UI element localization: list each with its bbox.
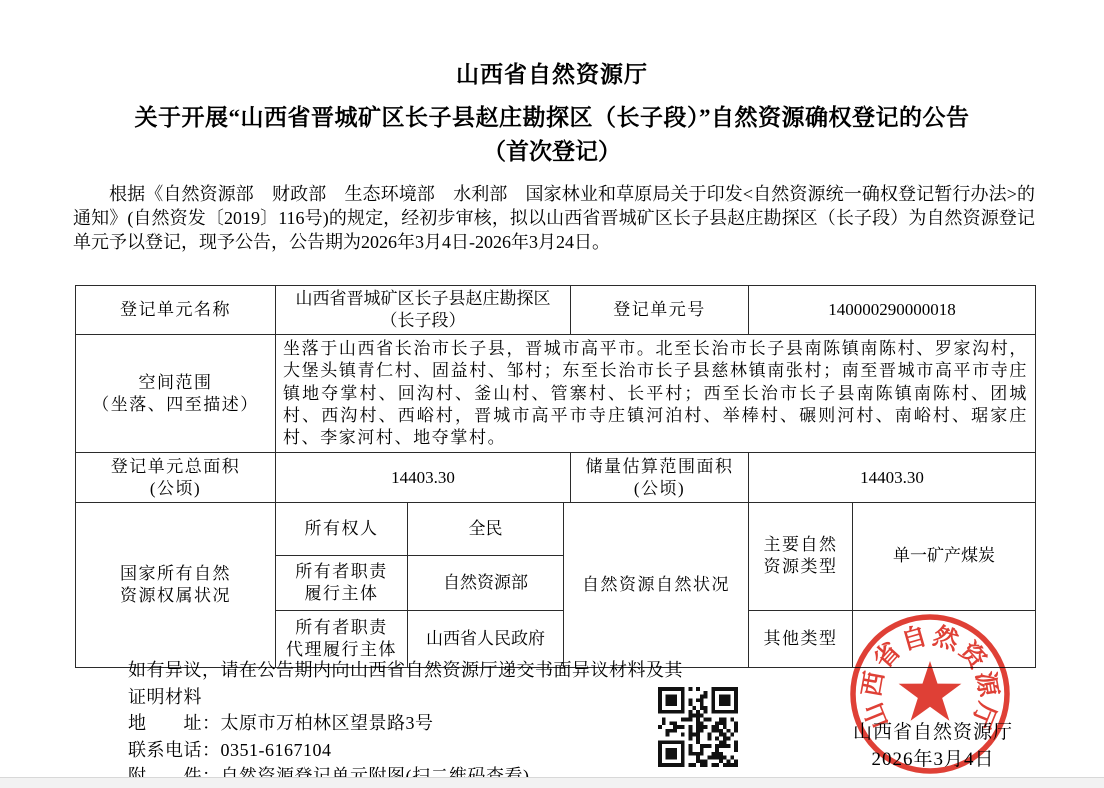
total-area-value: 14403.30 <box>276 453 571 503</box>
unit-number-value: 140000290000018 <box>749 286 1036 335</box>
notice-document-page: 山西省自然资源厅 关于开展“山西省晋城矿区长子县赵庄勘探区（长子段）”自然资源确… <box>0 0 1104 788</box>
svg-text:西: 西 <box>857 669 889 698</box>
phone-line: 联系电话：0351-6167104 <box>128 737 688 764</box>
notice-subtitle: （首次登记） <box>0 133 1104 166</box>
official-seal-stamp: 山西省自然资源厅 <box>846 610 1014 778</box>
owner-value: 全民 <box>408 502 564 555</box>
svg-text:山: 山 <box>859 699 894 733</box>
other-type-label: 其他类型 <box>749 610 853 667</box>
ownership-section-label: 国家所有自然 资源权属状况 <box>76 502 276 667</box>
spatial-scope-label: 空间范围 （坐落、四至描述） <box>76 335 276 453</box>
notice-title: 关于开展“山西省晋城矿区长子县赵庄勘探区（长子段）”自然资源确权登记的公告 <box>0 99 1104 132</box>
owner-label: 所有权人 <box>276 502 408 555</box>
objection-note: 如有异议，请在公告期内向山西省自然资源厅递交书面异议材料及其证明材料 <box>128 657 688 710</box>
footer-notes: 如有异议，请在公告期内向山西省自然资源厅递交书面异议材料及其证明材料 地 址：太… <box>128 657 688 788</box>
duty-performer-label: 所有者职责 履行主体 <box>276 555 408 610</box>
org-title: 山西省自然资源厅 <box>0 56 1104 89</box>
reserve-area-value: 14403.30 <box>749 453 1036 503</box>
reserve-area-label: 储量估算范围面积 (公顷) <box>571 453 749 503</box>
svg-text:自: 自 <box>898 622 930 656</box>
address-line: 地 址：太原市万柏林区望景路3号 <box>128 710 688 737</box>
main-type-label: 主要自然 资源类型 <box>749 502 853 610</box>
svg-text:源: 源 <box>971 669 1003 699</box>
main-type-value: 单一矿产煤炭 <box>853 502 1036 610</box>
duty-performer-value: 自然资源部 <box>408 555 564 610</box>
total-area-label: 登记单元总面积 (公顷) <box>76 453 276 503</box>
svg-text:厅: 厅 <box>966 699 1001 733</box>
unit-number-label: 登记单元号 <box>571 286 749 335</box>
natural-status-label: 自然资源自然状况 <box>564 502 749 667</box>
registration-table-top: 登记单元名称 山西省晋城矿区长子县赵庄勘探区（长子段） 登记单元号 140000… <box>75 285 1036 503</box>
unit-name-value: 山西省晋城矿区长子县赵庄勘探区（长子段） <box>276 286 571 335</box>
intro-paragraph: 根据《自然资源部 财政部 生态环境部 水利部 国家林业和草原局关于印发<自然资源… <box>73 183 1035 254</box>
spatial-scope-value: 坐落于山西省长治市长子县，晋城市高平市。北至长治市长子县南陈镇南陈村、罗家沟村，… <box>276 335 1036 453</box>
unit-name-label: 登记单元名称 <box>76 286 276 335</box>
qr-code <box>658 687 738 767</box>
viewer-bottom-edge <box>0 777 1104 788</box>
